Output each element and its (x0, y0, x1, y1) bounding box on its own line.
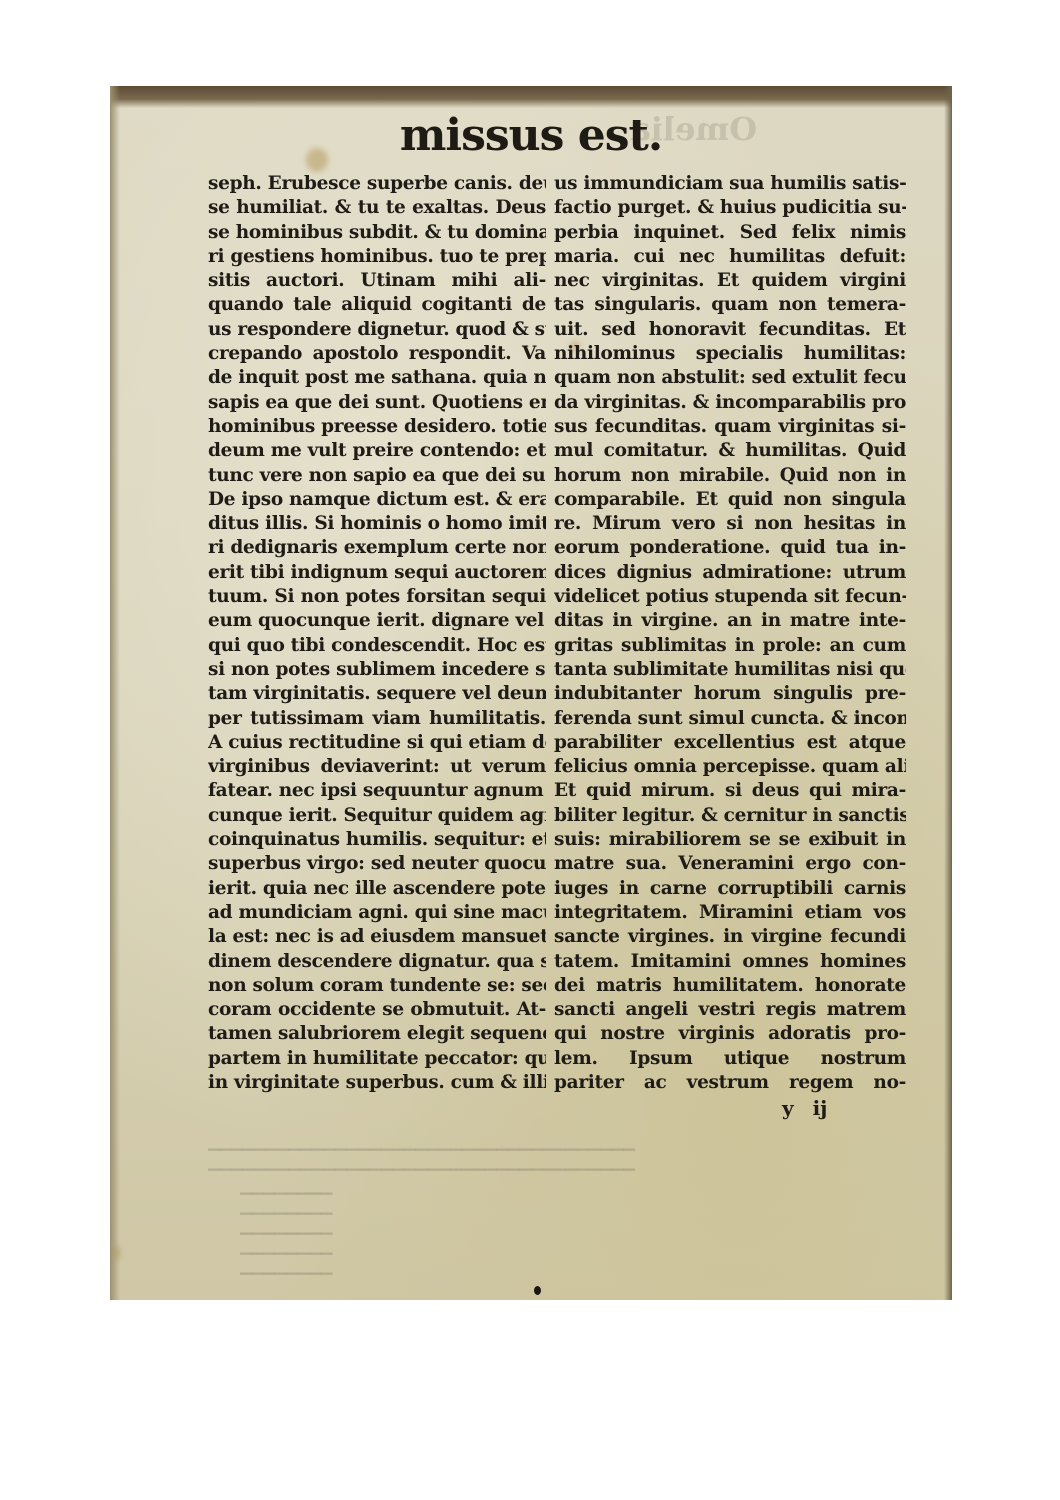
text-line: dei matris humilitatem. honorate (554, 974, 906, 998)
text-line: in virginitate superbus. cum & illi- (208, 1071, 546, 1095)
text-line: biliter legitur. & cernitur in sanctis (554, 804, 906, 828)
page-right-edge-shadow (944, 86, 952, 1300)
text-line: quando tale aliquid cogitanti de (208, 293, 546, 317)
text-line: non solum coram tundente se: sed (208, 974, 546, 998)
foxing-stain (114, 1246, 120, 1260)
text-line: uit. sed honoravit fecunditas. Et (554, 318, 906, 342)
text-line: sus fecunditas. quam virginitas si- (554, 415, 906, 439)
text-line: parabiliter excellentius est atque (554, 731, 906, 755)
text-line: coinquinatus humilis. sequitur: et (208, 828, 546, 852)
text-line: de inquit post me sathana. quia non (208, 366, 546, 390)
text-line: integritatem. Miramini etiam vos (554, 901, 906, 925)
text-line: ditus illis. Si hominis o homo imita (208, 512, 546, 536)
text-line: eum quocunque ierit. dignare vel se (208, 609, 546, 633)
page-left-edge-shadow (110, 86, 120, 1300)
text-line: cunque ierit. Sequitur quidem agnum (208, 804, 546, 828)
text-line: videlicet potius stupenda sit fecun- (554, 585, 906, 609)
text-line: quam non abstulit: sed extulit fecun (554, 366, 906, 390)
ink-dot (534, 1286, 541, 1295)
text-line: si non potes sublimem incedere semi- (208, 658, 546, 682)
text-line: ad mundiciam agni. qui sine macu (208, 901, 546, 925)
left-text-column: seph. Erubesce superbe canis. deusse hum… (208, 172, 546, 1095)
text-line: us immundiciam sua humilis satis- (554, 172, 906, 196)
binding-board-top (110, 86, 952, 108)
text-line: dices dignius admiratione: utrum (554, 561, 906, 585)
text-line: tas singularis. quam non temera- (554, 293, 906, 317)
text-line: pariter ac vestrum regem no- (554, 1071, 906, 1095)
text-line: coram occidente se obmutuit. At- (208, 998, 546, 1022)
text-line: la est: nec is ad eiusdem mansuetu (208, 925, 546, 949)
text-line: tamen salubriorem elegit sequendi (208, 1022, 546, 1046)
text-line: per tutissimam viam humilitatis. (208, 707, 546, 731)
text-line: De ipso namque dictum est. & erat sub (208, 488, 546, 512)
text-line: tatem. Imitamini omnes homines (554, 950, 906, 974)
text-line: re. Mirum vero si non hesitas in (554, 512, 906, 536)
text-line: sitis auctori. Utinam mihi ali- (208, 269, 546, 293)
show-through-lines: ▁▁▁▁▁▁▁▁▁▁▁▁▁▁▁▁▁▁▁▁▁▁▁▁▁▁▁▁▁▁▁▁▁▁▁▁▁▁▁▁ (240, 1176, 332, 1276)
text-line: fatear. nec ipsi sequuntur agnum quo (208, 779, 546, 803)
text-line: tanta sublimitate humilitas nisi quod (554, 658, 906, 682)
text-line: gritas sublimitas in prole: an cum (554, 634, 906, 658)
text-line: seph. Erubesce superbe canis. deus (208, 172, 546, 196)
text-line: felicius omnia percepisse. quam aliqua (554, 755, 906, 779)
text-line: deum me vult preire contendo: et (208, 439, 546, 463)
text-line: hominibus preesse desidero. toties (208, 415, 546, 439)
text-line: tunc vere non sapio ea que dei sunt (208, 464, 546, 488)
text-line: maria. cui nec humilitas defuit: (554, 245, 906, 269)
text-line: indubitanter horum singulis pre- (554, 682, 906, 706)
text-line: matre sua. Veneramini ergo con- (554, 852, 906, 876)
show-through-lines: ▁▁▁▁▁▁▁▁▁▁▁▁▁▁▁▁▁▁▁▁▁▁▁▁▁▁▁▁▁▁▁▁▁▁▁▁▁▁▁▁… (208, 1132, 635, 1172)
text-line: lem. Ipsum utique nostrum (554, 1047, 906, 1071)
text-line: partem in humilitate peccator: quam (208, 1047, 546, 1071)
text-line: tuum. Si non potes forsitan sequi (208, 585, 546, 609)
text-line: mul comitatur. & humilitas. Quid (554, 439, 906, 463)
text-line: A cuius rectitudine si qui etiam de (208, 731, 546, 755)
text-line: ditas in virgine. an in matre inte- (554, 609, 906, 633)
running-head: missus est. (110, 108, 952, 164)
text-line: da virginitas. & incomparabilis pro (554, 391, 906, 415)
text-line: nihilominus specialis humilitas: (554, 342, 906, 366)
text-line: virginibus deviaverint: ut verum (208, 755, 546, 779)
text-line: perbia inquinet. Sed felix nimis (554, 221, 906, 245)
text-line: sancte virgines. in virgine fecundi (554, 925, 906, 949)
text-line: nec virginitas. Et quidem virgini (554, 269, 906, 293)
text-line: superbus virgo: sed neuter quocunque (208, 852, 546, 876)
text-line: ri gestiens hominibus. tuo te prepo- (208, 245, 546, 269)
text-line: horum non mirabile. Quid non in (554, 464, 906, 488)
right-text-column: us immundiciam sua humilis satis-factio … (554, 172, 906, 1095)
signature-mark: y ij (782, 1096, 827, 1120)
text-line: iuges in carne corruptibili carnis (554, 877, 906, 901)
text-line: tam virginitatis. sequere vel deum (208, 682, 546, 706)
text-line: comparabile. Et quid non singula (554, 488, 906, 512)
text-line: ferenda sunt simul cuncta. & incom (554, 707, 906, 731)
text-line: sancti angeli vestri regis matrem (554, 998, 906, 1022)
text-line: suis: mirabiliorem se se exibuit in (554, 828, 906, 852)
text-line: erit tibi indignum sequi auctorem (208, 561, 546, 585)
text-line: us respondere dignetur. quod & suo in (208, 318, 546, 342)
text-line: ierit. quia nec ille ascendere potest (208, 877, 546, 901)
text-line: se humiliat. & tu te exaltas. Deus (208, 196, 546, 220)
text-line: sapis ea que dei sunt. Quotiens enim (208, 391, 546, 415)
text-line: Et quid mirum. si deus qui mira- (554, 779, 906, 803)
text-line: se hominibus subdit. & tu domina- (208, 221, 546, 245)
text-line: factio purget. & huius pudicitia su- (554, 196, 906, 220)
text-line: dinem descendere dignatur. qua s. (208, 950, 546, 974)
text-line: crepando apostolo respondit. Va (208, 342, 546, 366)
text-line: ri dedignaris exemplum certe non (208, 536, 546, 560)
text-line: qui nostre virginis adoratis pro- (554, 1022, 906, 1046)
manuscript-page-scan: Omelia missus est. seph. Erubesce superb… (110, 86, 952, 1300)
text-line: qui quo tibi condescendit. Hoc est (208, 634, 546, 658)
text-line: eorum ponderatione. quid tua in- (554, 536, 906, 560)
